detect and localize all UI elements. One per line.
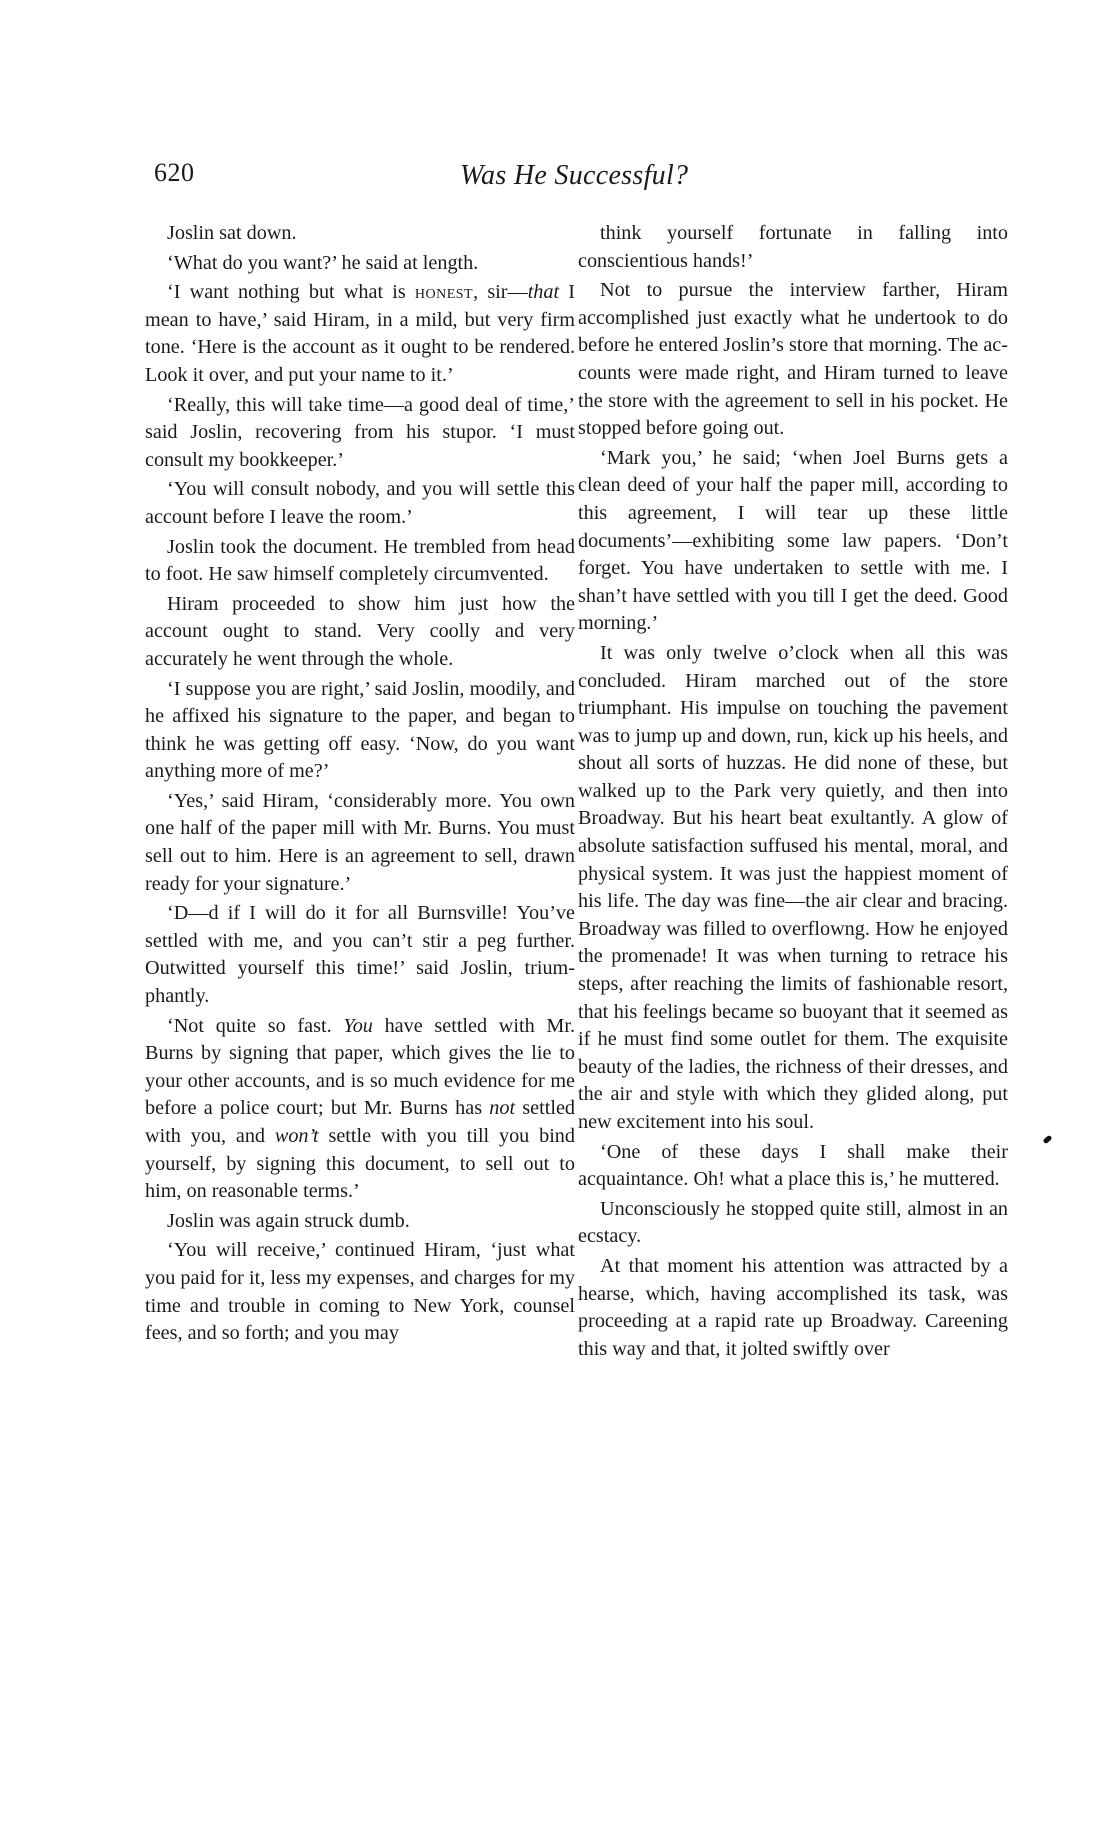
paragraph: ‘Yes,’ said Hiram, ‘considerably more. Y… <box>145 788 575 898</box>
text-segment: ‘What do you want?’ he said at length. <box>167 252 478 274</box>
paragraph: Hiram proceeded to show him just how the… <box>145 591 575 674</box>
text-segment: Unconsciously he stopped quite still, al… <box>578 1198 1008 1248</box>
paragraph: ‘D—d if I will do it for all Burns­ville… <box>145 900 575 1010</box>
italic-text: not <box>489 1097 515 1119</box>
text-segment: Joslin sat down. <box>167 222 297 244</box>
paragraph: ‘You will receive,’ continued Hiram, ‘ju… <box>145 1237 575 1347</box>
paragraph: Joslin took the document. He trem­bled f… <box>145 534 575 589</box>
small-caps-text: honest <box>415 281 473 303</box>
paragraph: ‘One of these days I shall make their ac… <box>578 1139 1008 1194</box>
italic-text: won’t <box>275 1125 319 1147</box>
paragraph: Unconsciously he stopped quite still, al… <box>578 1196 1008 1251</box>
italic-text: You <box>343 1015 373 1037</box>
running-title: Was He Successful? <box>460 160 688 192</box>
paragraph: ‘I suppose you are right,’ said Joslin, … <box>145 676 575 786</box>
text-segment: Hiram proceeded to show him just how the… <box>145 593 575 670</box>
paragraph: Joslin sat down. <box>145 220 575 248</box>
text-segment: At that moment his attention was at­trac… <box>578 1255 1008 1360</box>
text-segment: ‘I suppose you are right,’ said Joslin, … <box>145 678 575 783</box>
paragraph: ‘I want nothing but what is honest, sir—… <box>145 279 575 389</box>
ink-blot-mark <box>1042 1135 1052 1145</box>
paragraph: ‘Really, this will take time—a good deal… <box>145 392 575 475</box>
text-segment: ‘Not quite so fast. <box>167 1015 343 1037</box>
text-segment: It was only twelve o’clock when all this… <box>578 642 1008 1133</box>
text-segment: ‘One of these days I shall make their ac… <box>578 1141 1008 1191</box>
paragraph: ‘You will consult nobody, and you will s… <box>145 476 575 531</box>
text-segment: , sir— <box>473 281 528 303</box>
paragraph: ‘Mark you,’ he said; ‘when Joel Burns ge… <box>578 445 1008 638</box>
text-segment: ‘Yes,’ said Hiram, ‘considerably more. Y… <box>145 790 575 895</box>
text-segment: think yourself fortunate in falling into… <box>578 222 1008 272</box>
text-segment: Not to pursue the interview farther, Hir… <box>578 279 1008 439</box>
paragraph: think yourself fortunate in falling into… <box>578 220 1008 275</box>
right-column: think yourself fortunate in falling into… <box>578 220 1008 1365</box>
text-segment: Joslin was again struck dumb. <box>167 1210 410 1232</box>
text-segment: ‘D—d if I will do it for all Burns­ville… <box>145 902 575 1007</box>
page-number: 620 <box>154 158 195 188</box>
text-segment: ‘You will consult nobody, and you will s… <box>145 478 575 528</box>
italic-text: that <box>528 281 559 303</box>
text-segment: ‘You will receive,’ continued Hiram, ‘ju… <box>145 1239 575 1344</box>
text-segment: Joslin took the document. He trem­bled f… <box>145 536 575 586</box>
text-segment: ‘Mark you,’ he said; ‘when Joel Burns ge… <box>578 447 1008 635</box>
paragraph: Joslin was again struck dumb. <box>145 1208 575 1236</box>
paragraph: Not to pursue the interview farther, Hir… <box>578 277 1008 443</box>
paragraph: ‘Not quite so fast. You have settled wit… <box>145 1013 575 1206</box>
text-segment: ‘Really, this will take time—a good deal… <box>145 394 575 471</box>
paragraph: At that moment his attention was at­trac… <box>578 1253 1008 1363</box>
paragraph: It was only twelve o’clock when all this… <box>578 640 1008 1137</box>
paragraph: ‘What do you want?’ he said at length. <box>145 250 575 278</box>
left-column: Joslin sat down.‘What do you want?’ he s… <box>145 220 575 1350</box>
text-segment: ‘I want nothing but what is <box>167 281 415 303</box>
